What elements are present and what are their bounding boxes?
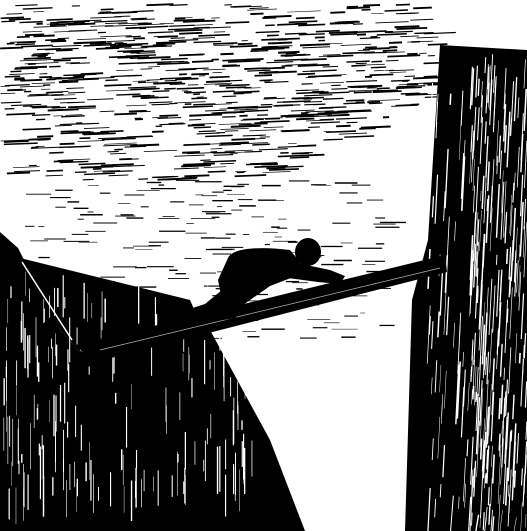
illustration-canvas	[0, 0, 527, 531]
